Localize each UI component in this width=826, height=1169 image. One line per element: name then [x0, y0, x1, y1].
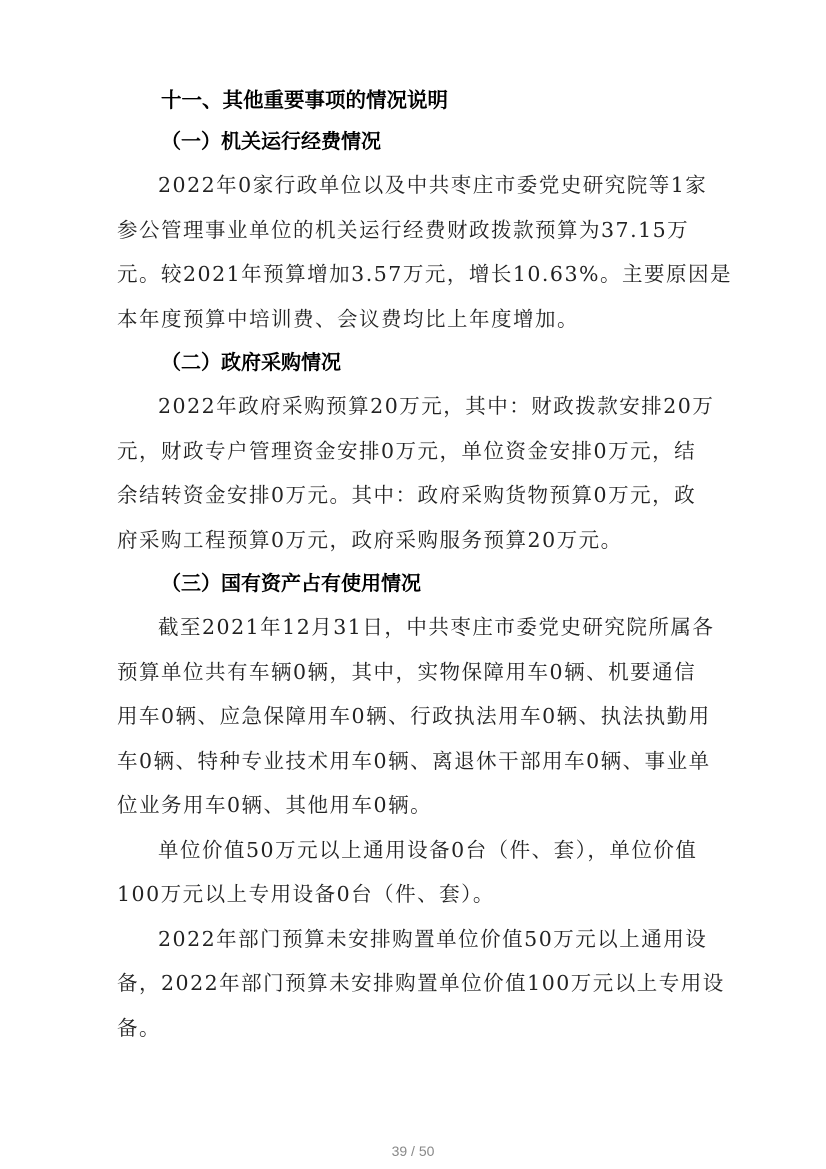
- text-line: 预算单位共有车辆0辆，其中，实物保障用车0辆、机要通信: [117, 650, 707, 695]
- text-line: 余结转资金安排0万元。其中：政府采购货物预算0万元，政: [117, 473, 707, 518]
- text-line: 2022年0家行政单位以及中共枣庄市委党史研究院等1家: [117, 163, 707, 208]
- text-line: 本年度预算中培训费、会议费均比上年度增加。: [117, 297, 707, 342]
- subsection-heading-operating-expenses: （一）机关运行经费情况: [117, 120, 707, 163]
- text-line: 备，2022年部门预算未安排购置单位价值100万元以上专用设: [117, 961, 707, 1006]
- subsection-heading-state-assets: （三）国有资产占有使用情况: [117, 562, 707, 605]
- text-line: 单位价值50万元以上通用设备0台（件、套），单位价值: [117, 828, 707, 873]
- text-line: 位业务用车0辆、其他用车0辆。: [117, 783, 707, 828]
- text-line: 府采购工程预算0万元，政府采购服务预算20万元。: [117, 518, 707, 563]
- paragraph-operating-expenses: 2022年0家行政单位以及中共枣庄市委党史研究院等1家 参公管理事业单位的机关运…: [117, 163, 707, 341]
- subsection-heading-government-procurement: （二）政府采购情况: [117, 341, 707, 384]
- text-line: 用车0辆、应急保障用车0辆、行政执法用车0辆、执法执勤用: [117, 694, 707, 739]
- text-line: 100万元以上专用设备0台（件、套）。: [117, 872, 707, 917]
- paragraph-government-procurement: 2022年政府采购预算20万元，其中：财政拨款安排20万 元，财政专户管理资金安…: [117, 384, 707, 562]
- paragraph-vehicles: 截至2021年12月31日，中共枣庄市委党史研究院所属各 预算单位共有车辆0辆，…: [117, 605, 707, 828]
- text-line: 元。较2021年预算增加3.57万元，增长10.63%。主要原因是: [117, 252, 707, 297]
- document-page: 十一、其他重要事项的情况说明 （一）机关运行经费情况 2022年0家行政单位以及…: [0, 0, 826, 1169]
- text-line: 车0辆、特种专业技术用车0辆、离退休干部用车0辆、事业单: [117, 739, 707, 784]
- page-number: 39 / 50: [0, 1143, 826, 1159]
- page-content: 十一、其他重要事项的情况说明 （一）机关运行经费情况 2022年0家行政单位以及…: [117, 80, 707, 1050]
- paragraph-equipment: 单位价值50万元以上通用设备0台（件、套），单位价值 100万元以上专用设备0台…: [117, 828, 707, 917]
- text-line: 参公管理事业单位的机关运行经费财政拨款预算为37.15万: [117, 208, 707, 253]
- text-line: 2022年政府采购预算20万元，其中：财政拨款安排20万: [117, 384, 707, 429]
- text-line: 2022年部门预算未安排购置单位价值50万元以上通用设: [117, 917, 707, 962]
- text-line: 截至2021年12月31日，中共枣庄市委党史研究院所属各: [117, 605, 707, 650]
- text-line: 备。: [117, 1006, 707, 1051]
- section-title: 十一、其他重要事项的情况说明: [117, 80, 707, 120]
- text-line: 元，财政专户管理资金安排0万元，单位资金安排0万元，结: [117, 429, 707, 474]
- paragraph-equipment-purchase: 2022年部门预算未安排购置单位价值50万元以上通用设 备，2022年部门预算未…: [117, 917, 707, 1051]
